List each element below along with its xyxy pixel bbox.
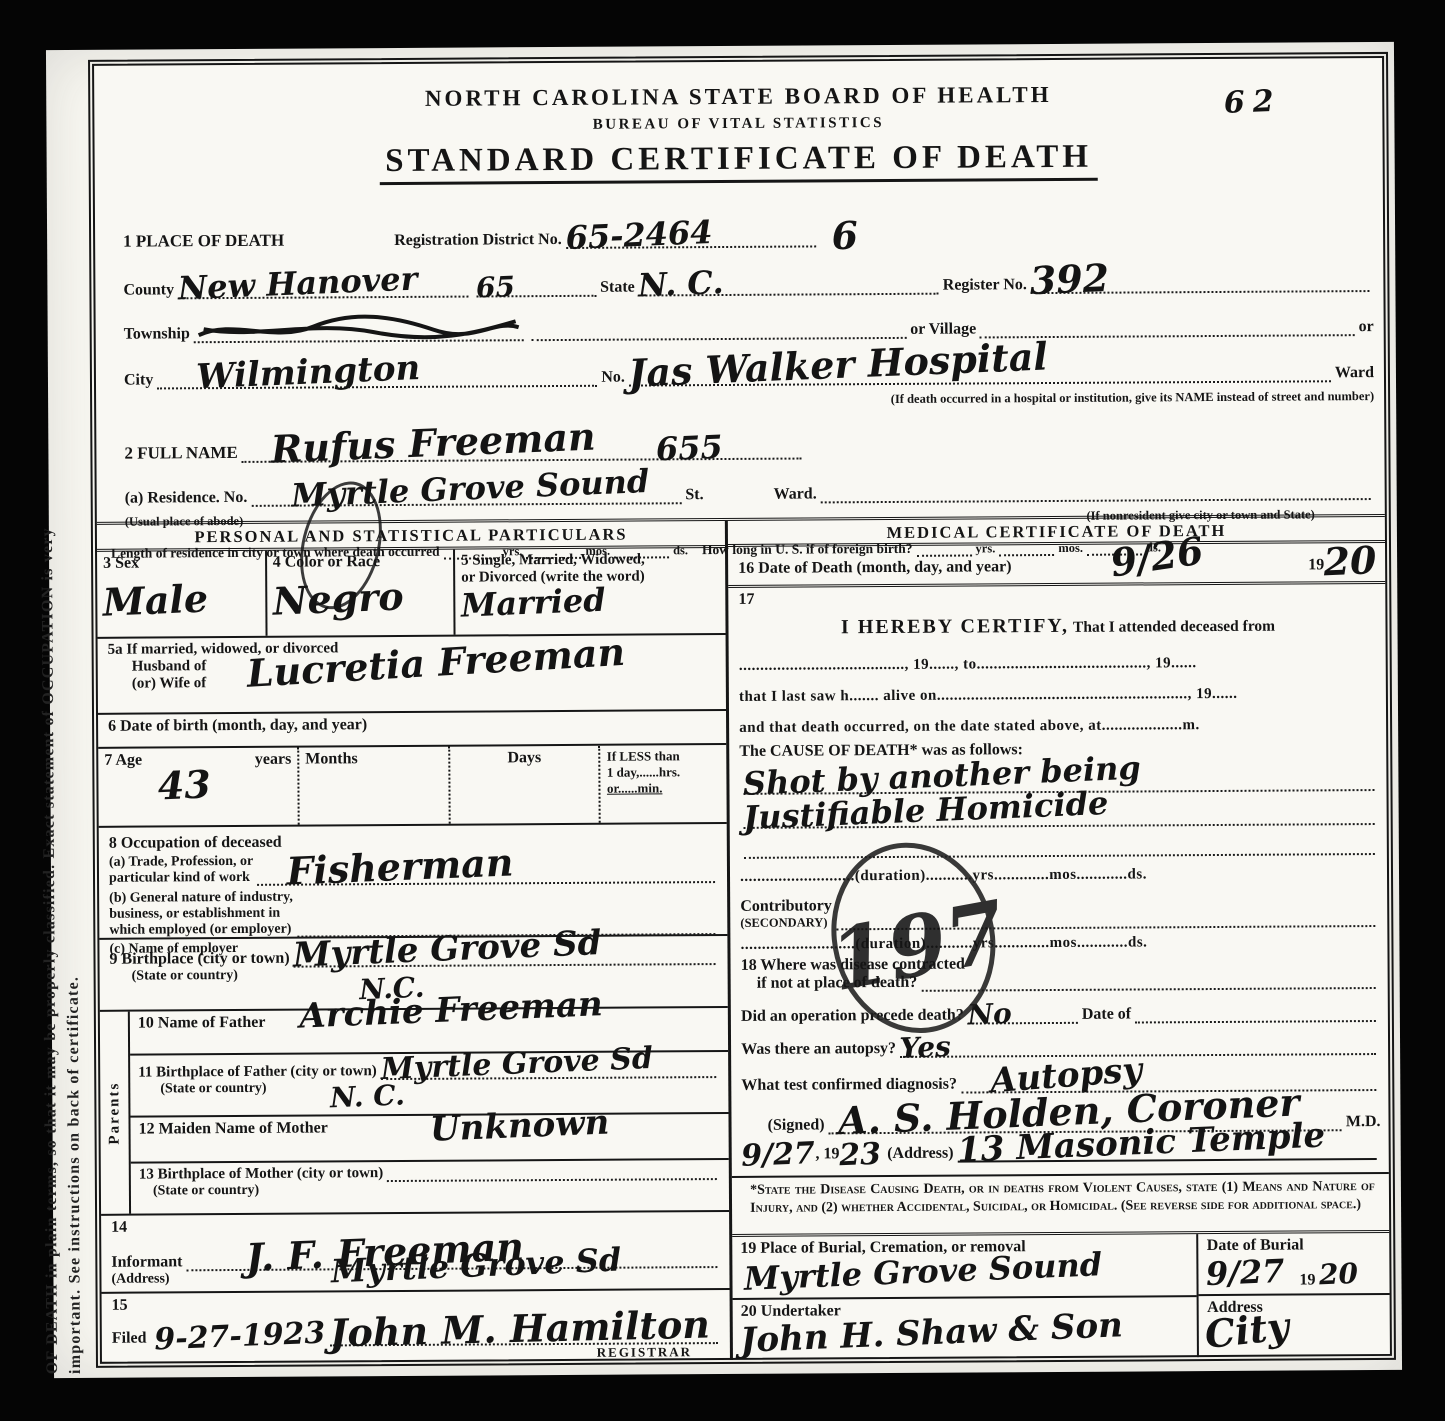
burial-section: 19 Place of Burial, Cremation, or remova… [732,1230,1390,1360]
abode-note: (Usual place of abode) [125,514,243,530]
board-title: NORTH CAROLINA STATE BOARD OF HEALTH [94,80,1382,114]
signed-label: (Signed) [768,1116,825,1134]
page-number-stamp: 62 [1224,89,1283,117]
street-label: St. [685,486,703,504]
date-of-label: Date of [1082,1006,1131,1024]
industry-label-1: (b) General nature of industry, [109,890,293,907]
hw-hospital-name: Jas Walker Hospital [628,340,1049,389]
father-label: 10 Name of Father [138,1014,266,1032]
hw-undertaker: John H. Shaw & Son [740,1311,1124,1356]
burial-year-prefix: 19 [1299,1271,1315,1288]
township-label: Township [124,325,190,343]
margin-note-line2: important. See instructions on back of c… [65,976,85,1374]
hw-full-name-extra: 655 [656,434,724,464]
hw-registration-extra: 6 [830,219,858,252]
hw-date-of-death: 9/26 [1109,535,1206,580]
certify-line-occurred: and that death occurred, on the date sta… [739,716,1378,737]
months-label: Months [305,750,358,767]
hospital-note: (If death occurred in a hospital or inst… [891,389,1374,407]
hw-register-no: 392 [1030,262,1111,298]
hw-father-bp-state: N. C. [329,1083,405,1110]
ward2-label: Ward. [774,485,817,503]
ward-label: Ward [1335,364,1374,382]
county-label: County [123,281,174,299]
test-confirmed-label: What test confirmed diagnosis? [741,1075,957,1094]
margin-note-line1: OF DEATH in plain terms, so that it may … [39,527,62,1374]
hw-undertaker-address: City [1204,1310,1291,1351]
age-label: 7 Age [104,751,142,768]
year-prefix: 19 [1308,556,1324,574]
trade-label-2: particular kind of work [109,870,253,887]
hw-cause-2: Justifiable Homicide [743,790,1109,832]
hw-birthplace: Myrtle Grove Sd [293,929,603,971]
register-no-label: Register No. [943,276,1027,295]
industry-label-2: business, or establishment in [109,906,293,923]
informant-label: Informant [111,1254,182,1272]
date-of-death-label: 16 Date of Death (month, day, and year) [738,558,1011,578]
less-label-2: 1 day,......hrs. [607,764,721,781]
hw-autopsy: Yes [899,1035,951,1061]
certificate-sheet: OF DEATH in plain terms, so that it may … [46,42,1402,1378]
hw-sign-year: 23 [838,1141,881,1168]
mother-bp-sub-label: (State or country) [139,1180,721,1200]
hw-coroner-address: 13 Masonic Temple [956,1122,1325,1166]
hw-sex: Male [102,582,209,619]
filed-label: Filed [112,1330,147,1348]
hw-trade: Fisherman [286,847,514,889]
hw-age: 43 [157,768,211,802]
sex-label: 3 Sex [103,554,259,573]
certify-line-lastsaw: that I last saw h....... alive on.......… [739,685,1378,706]
hw-race: Negro [272,580,404,618]
mother-label: 12 Maiden Name of Mother [138,1120,327,1138]
marital-label-1: 5 Single, Married, Widowed, [461,551,719,570]
days-label: Days [507,749,541,766]
or-label: or [1359,318,1374,336]
trade-label-1: (a) Trade, Profession, or [109,854,253,871]
hw-filed-date: 9-27-1923 [154,1320,326,1352]
hw-full-name: Rufus Freeman [271,420,597,466]
hw-sign-date: 9/27 [741,1141,816,1169]
hw-informant-address: Myrtle Grove Sd [330,1247,621,1286]
secondary-label: (SECONDARY) [740,915,832,931]
years-label: years [255,751,292,769]
hw-registrar-signature: John M. Hamilton [329,1308,710,1349]
hw-burial-place: Myrtle Grove Sound [744,1251,1103,1293]
scratched-out-entry [194,315,524,343]
father-bp-label: 11 Birthplace of Father (city or town) [138,1063,377,1081]
parents-label: Parents [106,1081,123,1144]
duration-line-1: ...........................(duration)...… [740,865,1379,886]
burial-date-label: Date of Burial [1207,1236,1382,1255]
hw-residence: Myrtle Grove Sound [290,468,649,510]
hw-burial-date: 9/27 [1206,1258,1286,1288]
hw-state: N. C. [638,269,725,300]
hw-county-number: 65 [475,275,515,300]
md-label: M.D. [1346,1113,1381,1131]
footnote: *State the Disease Causing Death, or in … [732,1174,1389,1234]
registration-district-label: Registration District No. [394,231,562,250]
hw-father-name: Archie Freeman [299,990,603,1031]
dob-label: 6 Date of birth (month, day, and year) [108,716,367,735]
hw-father-bp: Myrtle Grove Sd [380,1046,653,1083]
hw-death-year: 20 [1323,544,1377,578]
certify-rest: That I attended deceased from [1073,617,1275,635]
less-label-1: If LESS than [607,748,721,765]
medical-title: MEDICAL CERTIFICATE OF DEATH [728,517,1385,547]
full-name-label: 2 FULL NAME [124,443,237,464]
hw-mother-name: Unknown [429,1109,609,1145]
sign-year-prefix: , 19 [815,1146,839,1164]
mother-bp-label: 13 Birthplace of Mother (city or town) [139,1165,384,1183]
autopsy-label: Was there an autopsy? [741,1040,896,1059]
hw-marital: Married [460,587,606,620]
birthplace-label: 9 Birthplace (city or town) [109,950,289,969]
residence-label: (a) Residence. No. [125,489,248,508]
address-paren-label: (Address) [887,1145,953,1163]
city-label: City [124,371,153,389]
certificate-form: NORTH CAROLINA STATE BOARD OF HEALTH BUR… [92,56,1392,1364]
hw-burial-year: 20 [1319,1262,1359,1287]
less-label-3: or......min. [607,780,721,797]
item-17: 17 [738,587,1377,609]
stamp-197-number: 197 [825,895,1010,997]
hw-registration-district: 65-2464 [565,219,713,252]
place-of-death-label: 1 PLACE OF DEATH [123,231,284,252]
form-header: NORTH CAROLINA STATE BOARD OF HEALTH BUR… [94,58,1383,204]
place-of-death-section: 1 PLACE OF DEATH Registration District N… [95,196,1385,522]
state-label: State [600,279,635,297]
certificate-title: STANDARD CERTIFICATE OF DEATH [379,139,1098,185]
certify-line-from: .......................................,… [739,654,1378,675]
medical-column: MEDICAL CERTIFICATE OF DEATH 197 16 Date… [728,517,1390,1360]
house-no-label: No. [601,369,625,387]
personal-column: PERSONAL AND STATISTICAL PARTICULARS 3 S… [97,521,733,1364]
parents-block: Parents 10 Name of Father Archie Freeman… [100,1008,729,1216]
certify-heading: I HEREBY CERTIFY, [841,615,1069,638]
race-label: 4 Color or Race [273,553,448,572]
contributory-label: Contributory [740,897,832,916]
hw-city: Wilmington [196,354,421,392]
industry-label-3: which employed (or employer) [109,922,293,939]
hw-county: New Hanover [177,265,418,302]
